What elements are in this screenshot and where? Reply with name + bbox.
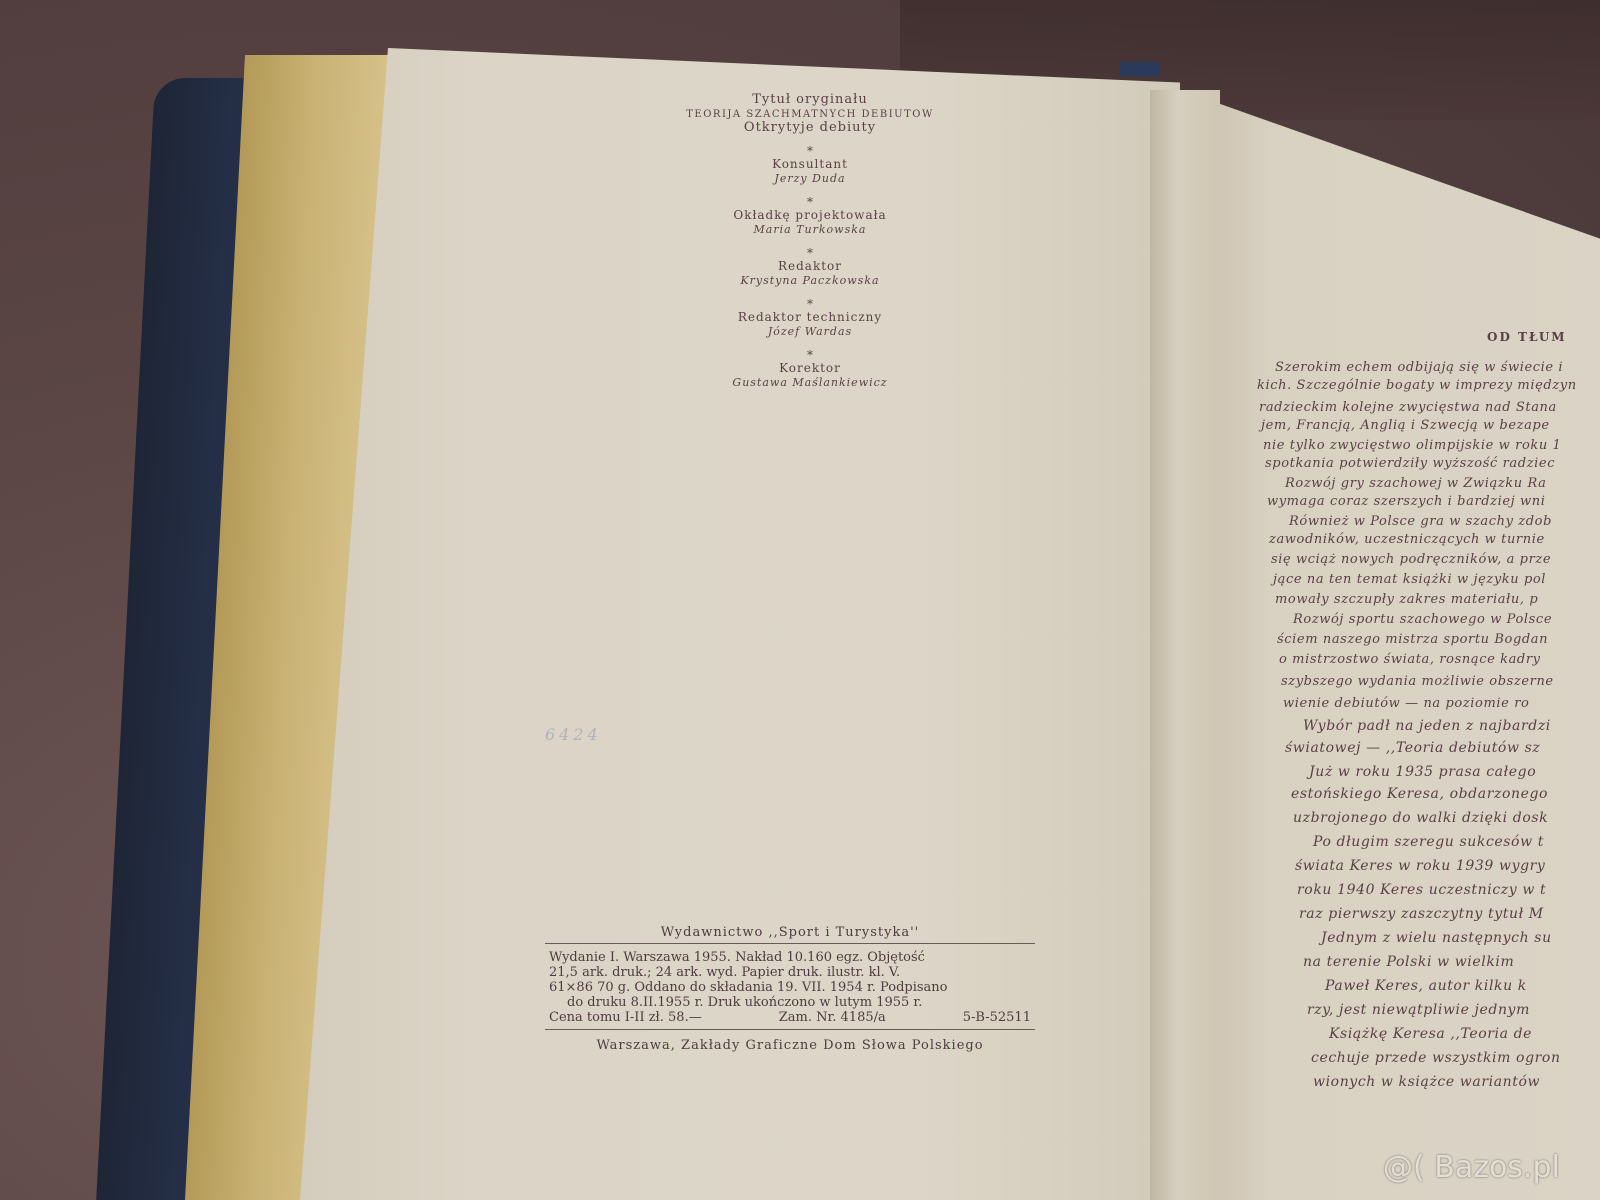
printer: Warszawa, Zakłady Graficzne Dom Słowa Po… bbox=[545, 1038, 1035, 1053]
credit-role: Redaktor bbox=[640, 259, 980, 274]
text-line: kich. Szczególnie bogaty w imprezy międz… bbox=[1257, 378, 1577, 393]
credit-role: Korektor bbox=[640, 361, 980, 376]
credit-role: Redaktor techniczny bbox=[640, 310, 980, 325]
text-line: Książkę Keresa ,,Teoria de bbox=[1329, 1026, 1532, 1042]
text-line: Jednym z wielu następnych su bbox=[1321, 930, 1552, 946]
text-line: światowej — ,,Teoria debiutów sz bbox=[1285, 740, 1540, 756]
credit-name: Józef Wardas bbox=[640, 325, 980, 339]
text-line: radzieckim kolejne zwycięstwa nad Stana bbox=[1259, 400, 1557, 415]
imprint-line: 61×86 70 g. Oddano do składania 19. VII.… bbox=[549, 980, 1031, 995]
preface-heading: OD TŁUM bbox=[1487, 330, 1567, 344]
text-line: Rozwój sportu szachowego w Polsce bbox=[1293, 612, 1552, 627]
original-title-label: Tytuł oryginału bbox=[640, 92, 980, 107]
separator-star: * bbox=[640, 349, 980, 361]
credit-name: Gustawa Maślankiewicz bbox=[640, 376, 980, 390]
text-line: Po długim szeregu sukcesów t bbox=[1313, 834, 1544, 850]
book-cover-corner bbox=[1120, 62, 1160, 76]
order-number: Zam. Nr. 4185/a bbox=[779, 1010, 886, 1025]
text-line: nie tylko zwycięstwo olimpijskie w roku … bbox=[1263, 438, 1561, 453]
credit-role: Konsultant bbox=[640, 157, 980, 172]
catalog-code: 5-B-52511 bbox=[963, 1010, 1031, 1025]
separator-star: * bbox=[640, 145, 980, 157]
imprint-line: 21,5 ark. druk.; 24 ark. wyd. Papier dru… bbox=[549, 965, 1031, 980]
text-line: się wciąż nowych podręczników, a prze bbox=[1271, 552, 1551, 567]
bazos-watermark: @( Bazos.pl bbox=[1383, 1150, 1560, 1185]
imprint-details: Wydanie I. Warszawa 1955. Nakład 10.160 … bbox=[545, 944, 1035, 1030]
price: Cena tomu I-II zł. 58.— bbox=[549, 1010, 702, 1025]
text-line: roku 1940 Keres uczestniczy w t bbox=[1297, 882, 1546, 898]
handwritten-pencil-mark: 6424 bbox=[545, 725, 602, 744]
text-line: rzy, jest niewątpliwie jednym bbox=[1307, 1002, 1530, 1018]
text-line: szybszego wydania możliwie obszerne bbox=[1281, 674, 1554, 689]
text-line: mowały szczupły zakres materiału, p bbox=[1275, 592, 1538, 607]
text-line: Już w roku 1935 prasa całego bbox=[1309, 764, 1536, 780]
text-line: świata Keres w roku 1939 wygry bbox=[1295, 858, 1545, 874]
publisher: Wydawnictwo ,,Sport i Turystyka'' bbox=[545, 925, 1035, 944]
text-line: Paweł Keres, autor kilku k bbox=[1325, 978, 1527, 994]
imprint-line: Wydanie I. Warszawa 1955. Nakład 10.160 … bbox=[549, 950, 1031, 965]
text-line: ściem naszego mistrza sportu Bogdan bbox=[1277, 632, 1548, 647]
separator-star: * bbox=[640, 247, 980, 259]
imprint-line: do druku 8.II.1955 r. Druk ukończono w l… bbox=[549, 995, 1031, 1010]
text-line: raz pierwszy zaszczytny tytuł M bbox=[1299, 906, 1544, 922]
text-line: uzbrojonego do walki dzięki dosk bbox=[1293, 810, 1548, 826]
text-line: wionych w książce wariantów bbox=[1313, 1074, 1540, 1090]
text-line: wymaga coraz szerszych i bardziej wni bbox=[1267, 494, 1546, 509]
imprint-price-row: Cena tomu I-II zł. 58.— Zam. Nr. 4185/a … bbox=[549, 1010, 1031, 1025]
text-line: Szerokim echem odbijają się w świecie i bbox=[1275, 360, 1563, 375]
imprint-block: Wydawnictwo ,,Sport i Turystyka'' Wydani… bbox=[545, 925, 1035, 1053]
text-line: Rozwój gry szachowej w Związku Ra bbox=[1285, 476, 1547, 491]
text-line: estońskiego Keresa, obdarzonego bbox=[1291, 786, 1548, 802]
credit-name: Maria Turkowska bbox=[640, 223, 980, 237]
text-line: zawodników, uczestniczących w turnie bbox=[1269, 532, 1545, 547]
text-line: jące na ten temat książki w języku pol bbox=[1273, 572, 1546, 587]
credit-name: Jerzy Duda bbox=[640, 172, 980, 186]
credit-role: Okładkę projektowała bbox=[640, 208, 980, 223]
text-line: wienie debiutów — na poziomie ro bbox=[1283, 696, 1529, 711]
text-line: cechuje przede wszystkim ogron bbox=[1311, 1050, 1561, 1066]
book-gutter bbox=[1150, 90, 1220, 1200]
original-title: TEORIJA SZACHMATNYCH DEBIUTOW bbox=[640, 109, 980, 120]
separator-star: * bbox=[640, 298, 980, 310]
credits-block: Tytuł oryginału TEORIJA SZACHMATNYCH DEB… bbox=[640, 92, 980, 390]
preface-text: OD TŁUM Szerokim echem odbijają się w św… bbox=[1255, 328, 1600, 1200]
separator-star: * bbox=[640, 196, 980, 208]
text-line: Wybór padł na jeden z najbardzi bbox=[1303, 718, 1551, 734]
text-line: Również w Polsce gra w szachy zdob bbox=[1289, 514, 1552, 529]
credit-name: Krystyna Paczkowska bbox=[640, 274, 980, 288]
text-line: spotkania potwierdziły wyższość radziec bbox=[1265, 456, 1555, 471]
text-line: o mistrzostwo świata, rosnące kadry bbox=[1279, 652, 1541, 667]
text-line: na terenie Polski w wielkim bbox=[1303, 954, 1514, 970]
subtitle: Otkrytyje debiuty bbox=[640, 120, 980, 135]
text-line: jem, Francją, Anglią i Szwecją w bezape bbox=[1261, 418, 1550, 433]
